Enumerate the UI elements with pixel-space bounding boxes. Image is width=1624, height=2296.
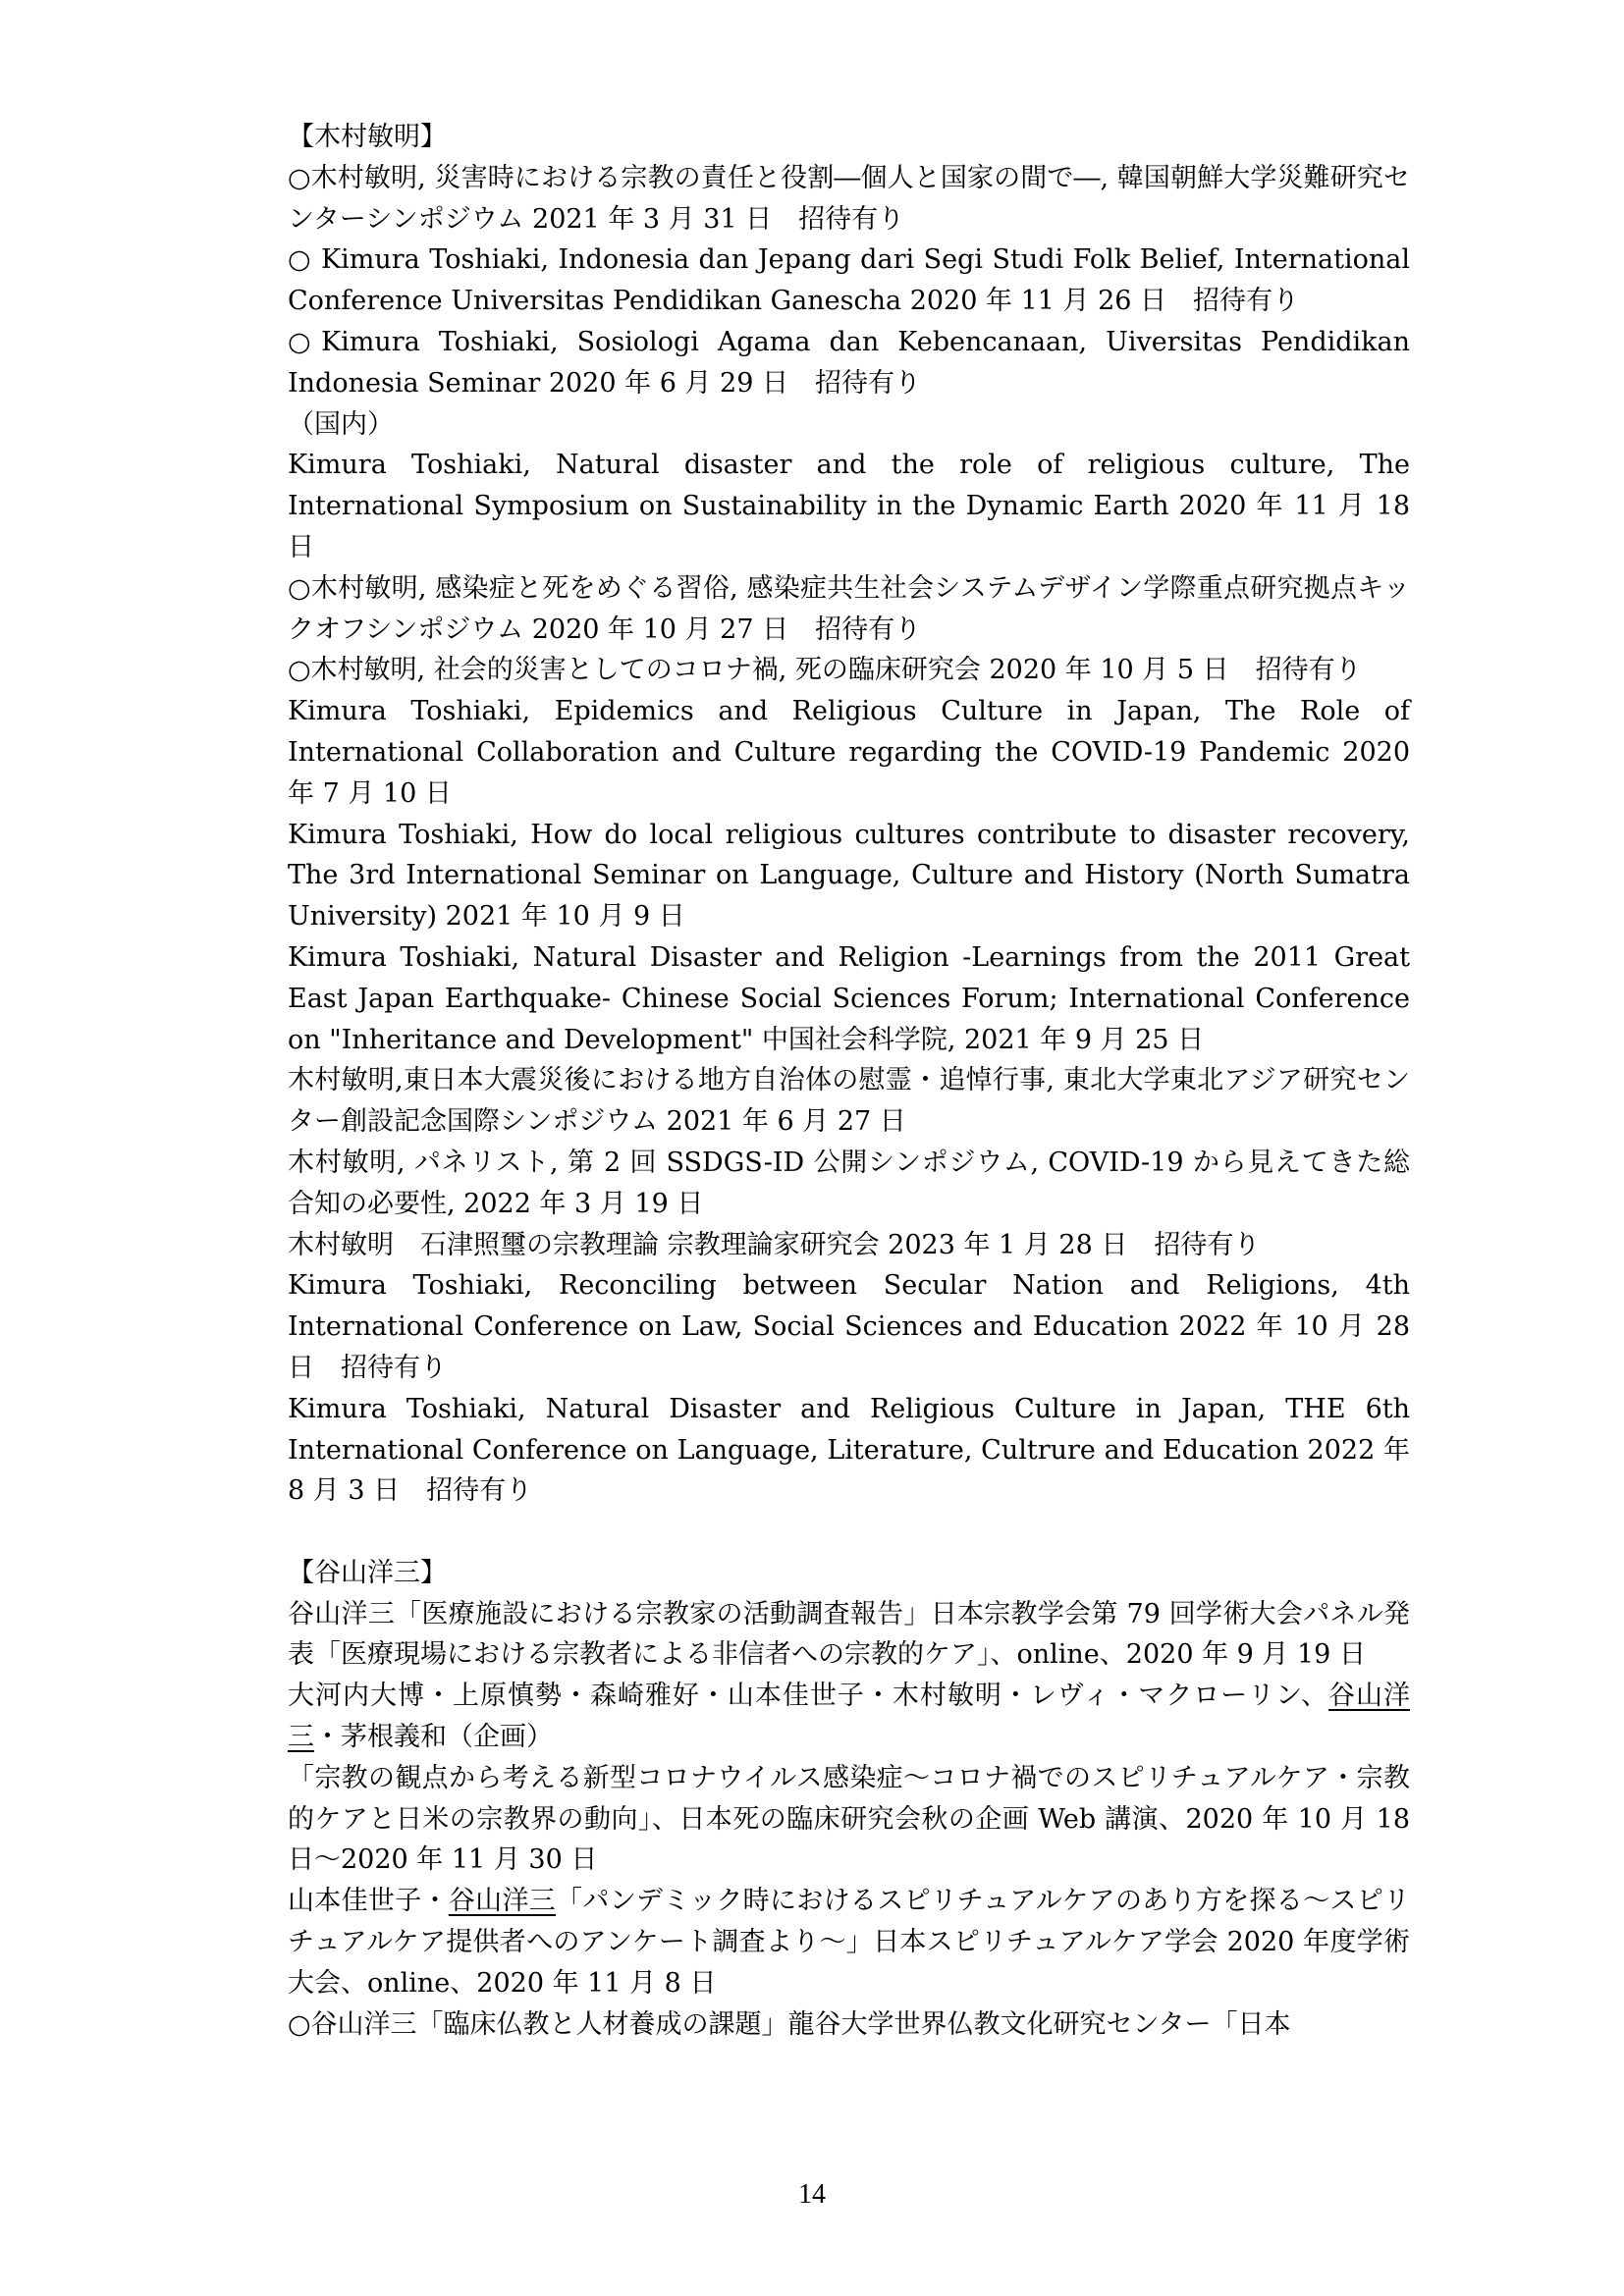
list-item: Kimura Toshiaki, Reconciling between Sec… [288,1265,1410,1388]
entry-text: 山本佳世子・ [288,1886,449,1916]
list-item: ○木村敏明, 社会的災害としてのコロナ禍, 死の臨床研究会 2020 年 10 … [288,650,1410,691]
list-item: 木村敏明,東日本大震災後における地方自治体の慰霊・追悼行事, 東北大学東北アジア… [288,1060,1410,1143]
section-heading: 【木村敏明】 [288,117,1410,158]
list-item: 山本佳世子・谷山洋三「パンデミック時におけるスピリチュアルケアのあり方を探る～ス… [288,1881,1410,2003]
list-item: Kimura Toshiaki, Natural Disaster and Re… [288,1389,1410,1512]
list-item: Kimura Toshiaki, Epidemics and Religious… [288,691,1410,814]
underlined-author: 谷山洋三 [449,1886,556,1916]
list-item: ○ Kimura Toshiaki, Indonesia dan Jepang … [288,240,1410,322]
list-item: 木村敏明 石津照璽の宗教理論 宗教理論家研究会 2023 年 1 月 28 日 … [288,1225,1410,1266]
section-heading: 【谷山洋三】 [288,1553,1410,1594]
section-taniyama: 【谷山洋三】 谷山洋三「医療施設における宗教家の活動調査報告」日本宗教学会第 7… [288,1553,1410,2046]
list-item: Kimura Toshiaki, How do local religious … [288,815,1410,937]
list-item: ○谷山洋三「臨床仏教と人材養成の課題」龍谷大学世界仏教文化研究センター「日本 [288,2004,1410,2046]
spacer [288,1512,1410,1553]
list-item: 「宗教の観点から考える新型コロナウイルス感染症～コロナ禍でのスピリチュアルケア・… [288,1758,1410,1881]
list-item: 谷山洋三「医療施設における宗教家の活動調査報告」日本宗教学会第 79 回学術大会… [288,1594,1410,1677]
list-item: ○Kimura Toshiaki, Sosiologi Agama dan Ke… [288,322,1410,404]
list-item: ○木村敏明, 感染症と死をめぐる習俗, 感染症共生社会システムデザイン学際重点研… [288,568,1410,651]
subsection-label-domestic: （国内） [288,404,1410,446]
page-number: 14 [0,2177,1624,2213]
document-page: 【木村敏明】 ○木村敏明, 災害時における宗教の責任と役割―個人と国家の間で―,… [288,117,1410,2045]
list-item: Kimura Toshiaki, Natural disaster and th… [288,445,1410,567]
list-item: 木村敏明, パネリスト, 第 2 回 SSDGS-ID 公開シンポジウム, CO… [288,1143,1410,1225]
list-item: Kimura Toshiaki, Natural Disaster and Re… [288,937,1410,1060]
section-kimura: 【木村敏明】 ○木村敏明, 災害時における宗教の責任と役割―個人と国家の間で―,… [288,117,1410,1512]
entry-text: 大河内大博・上原慎勢・森崎雅好・山本佳世子・木村敏明・レヴィ・マクローリン、 [288,1681,1328,1711]
list-item: ○木村敏明, 災害時における宗教の責任と役割―個人と国家の間で―, 韓国朝鮮大学… [288,158,1410,240]
entry-text: ・茅根義和（企画） [314,1722,553,1752]
list-item: 大河内大博・上原慎勢・森崎雅好・山本佳世子・木村敏明・レヴィ・マクローリン、谷山… [288,1676,1410,1758]
